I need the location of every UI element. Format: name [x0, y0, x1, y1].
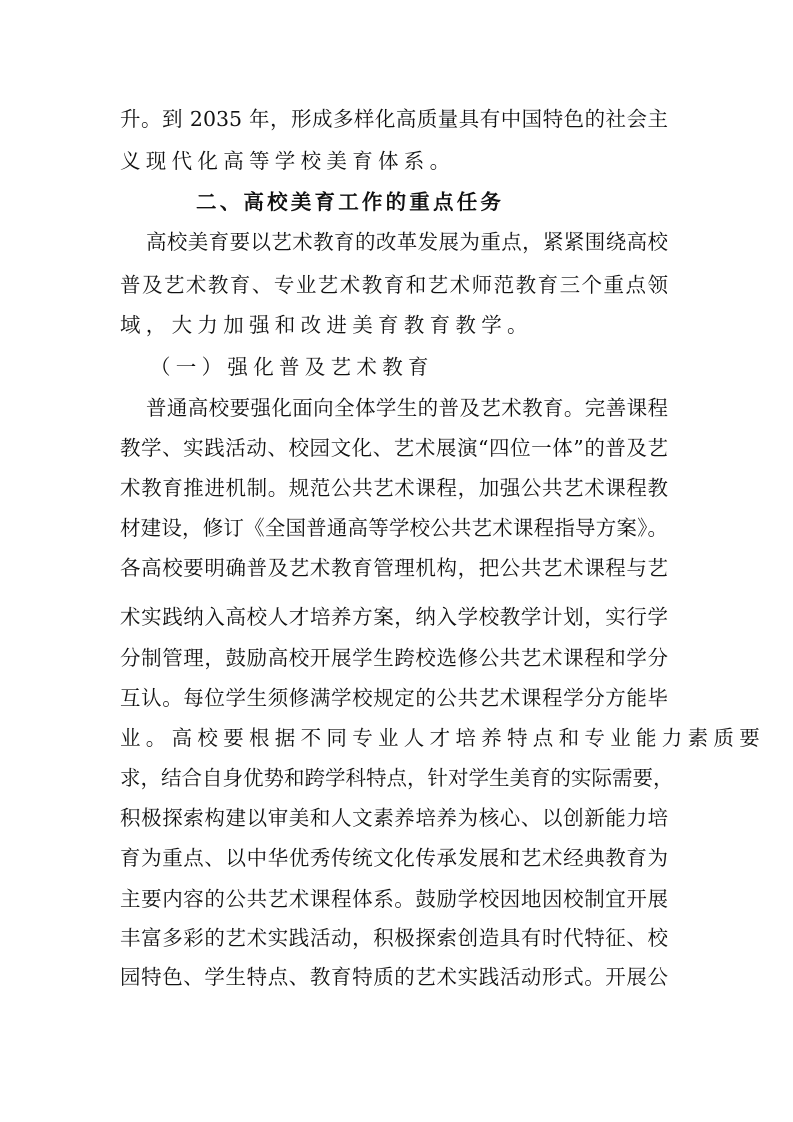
section-paragraph-line-3: 域，大力加强和改进美育教育教学。 [120, 310, 680, 340]
subsection-paragraph-line-9: 业。高校要根据不同专业人才培养特点和专业能力素质要 [120, 723, 680, 753]
subsection-paragraph-line-10: 求，结合自身优势和跨学科特点，针对学生美育的实际需要， [120, 763, 668, 793]
document-page: 升。到 2035 年，形成多样化高质量具有中国特色的社会主 义现代化高等学校美育… [0, 0, 793, 1122]
subsection-paragraph-line-3: 术教育推进机制。规范公共艺术课程，加强公共艺术课程教 [120, 473, 668, 503]
intro-line-2: 义现代化高等学校美育体系。 [120, 146, 680, 176]
subsection-paragraph-line-5: 各高校要明确普及艺术教育管理机构，把公共艺术课程与艺 [120, 553, 668, 583]
subsection-paragraph-line-6: 术实践纳入高校人才培养方案，纳入学校教学计划，实行学 [120, 602, 668, 632]
subsection-paragraph-line-1: 普通高校要强化面向全体学生的普及艺术教育。完善课程 [146, 393, 668, 423]
section-heading: 二、高校美育工作的重点任务 [196, 187, 504, 217]
subsection-paragraph-line-13: 主要内容的公共艺术课程体系。鼓励学校因地因校制宜开展 [120, 884, 668, 914]
section-paragraph-line-1: 高校美育要以艺术教育的改革发展为重点，紧紧围绕高校 [146, 227, 668, 257]
subsection-heading: （一）强化普及艺术教育 [150, 352, 434, 382]
intro-line-1: 升。到 2035 年，形成多样化高质量具有中国特色的社会主 [120, 104, 668, 134]
subsection-paragraph-line-12: 育为重点、以中华优秀传统文化传承发展和艺术经典教育为 [120, 843, 668, 873]
subsection-paragraph-line-2: 教学、实践活动、校园文化、艺术展演“四位一体”的普及艺 [120, 433, 668, 463]
subsection-paragraph-line-15: 园特色、学生特点、教育特质的艺术实践活动形式。开展公 [120, 962, 668, 992]
section-paragraph-line-2: 普及艺术教育、专业艺术教育和艺术师范教育三个重点领 [120, 270, 668, 300]
subsection-paragraph-line-8: 互认。每位学生须修满学校规定的公共艺术课程学分方能毕 [120, 683, 668, 713]
subsection-paragraph-line-14: 丰富多彩的艺术实践活动，积极探索创造具有时代特征、校 [120, 923, 668, 953]
subsection-paragraph-line-4: 材建设，修订《全国普通高等学校公共艺术课程指导方案》。 [120, 513, 668, 543]
subsection-paragraph-line-11: 积极探索构建以审美和人文素养培养为核心、以创新能力培 [120, 803, 668, 833]
subsection-paragraph-line-7: 分制管理，鼓励高校开展学生跨校选修公共艺术课程和学分 [120, 643, 668, 673]
